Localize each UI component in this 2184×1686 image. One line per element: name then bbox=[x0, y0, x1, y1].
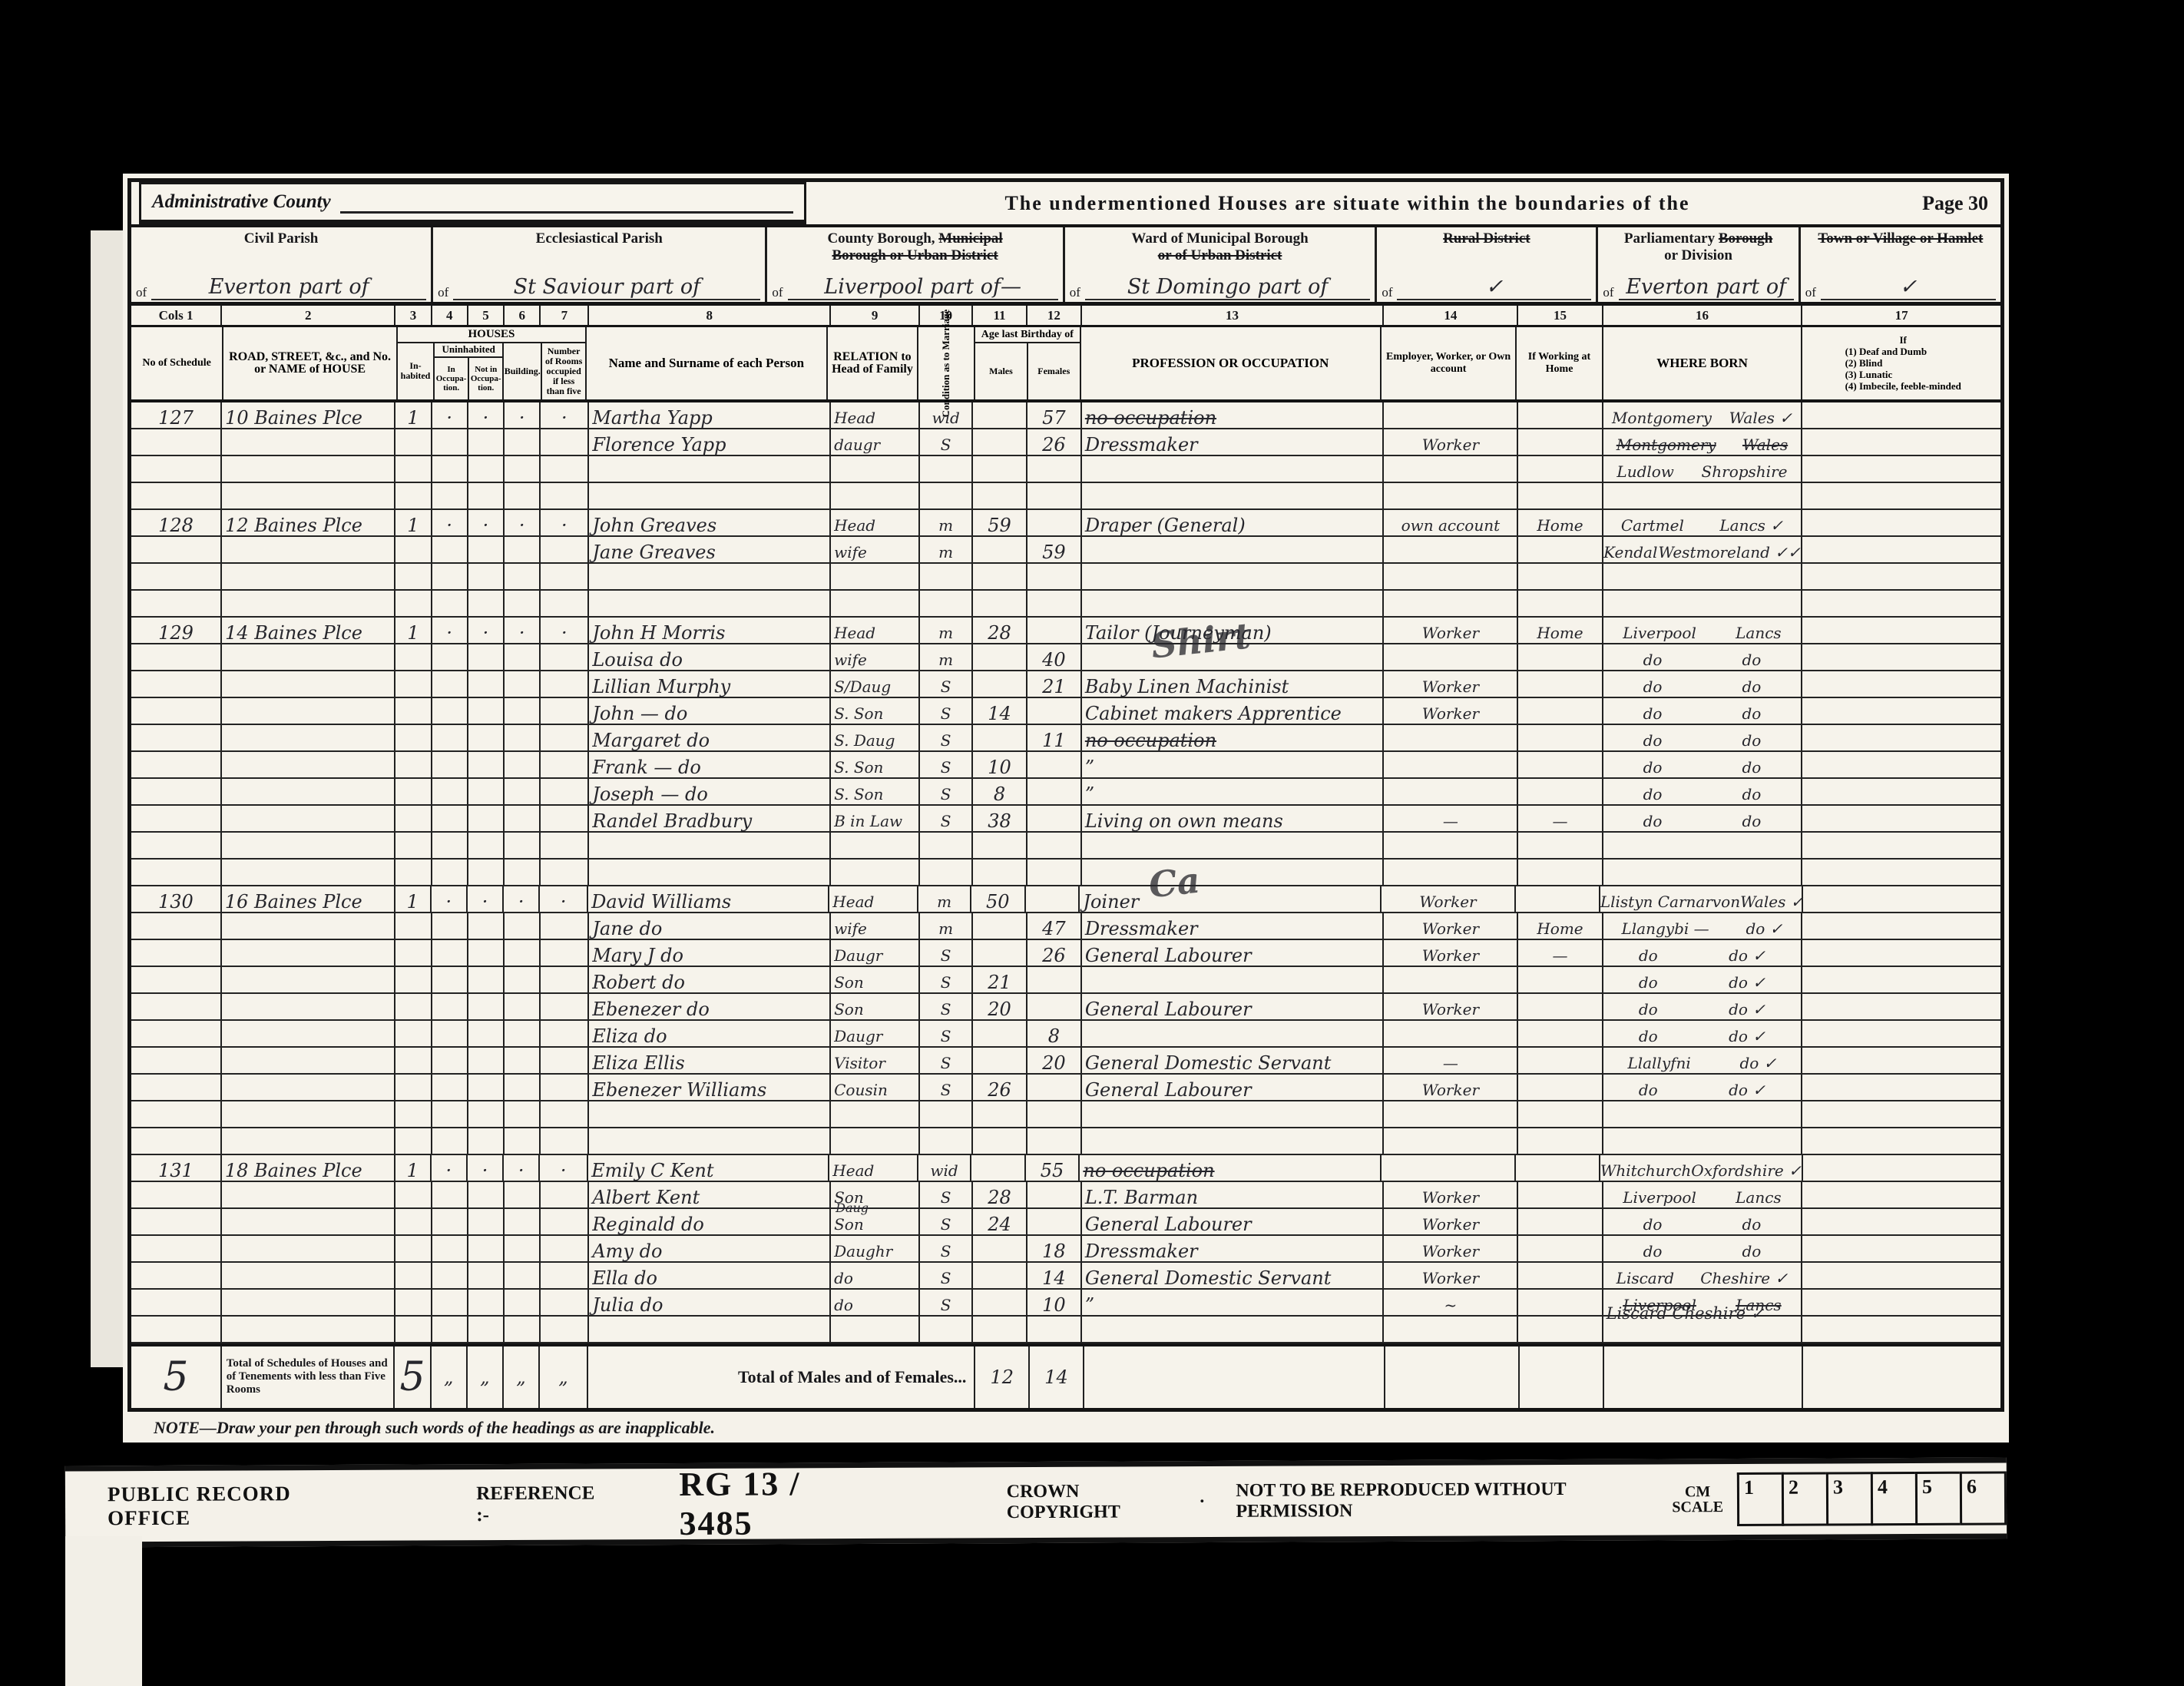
cell-relation-text: daugr bbox=[831, 435, 883, 455]
cell-condition: m bbox=[920, 537, 973, 562]
cell-occupation: JoinerCa bbox=[1080, 886, 1382, 912]
cell-employer: Worker bbox=[1384, 1075, 1518, 1100]
cell-inhabited: 1 bbox=[395, 402, 432, 428]
total-empty-infirmity bbox=[1803, 1346, 2000, 1408]
cell-age-male: 28 bbox=[973, 618, 1027, 643]
cell-home bbox=[1518, 1263, 1603, 1288]
cell-occupation-text: Tailor (Journeyman) bbox=[1082, 623, 1275, 643]
total-empty-employer bbox=[1385, 1346, 1520, 1408]
cell-age-female bbox=[1027, 1128, 1082, 1154]
cell-where-born: dodo ✓ bbox=[1603, 967, 1803, 992]
cell-relation-text: Head bbox=[831, 515, 879, 535]
cell-uninhabited-notocc bbox=[468, 752, 505, 777]
cell-age-male: 14 bbox=[973, 698, 1027, 724]
cell-uninhabited-occ bbox=[432, 456, 468, 482]
cell-inhabited bbox=[395, 1290, 432, 1315]
cell-rooms bbox=[541, 564, 589, 589]
table-row: Eliza EllisVisitorS20General Domestic Se… bbox=[131, 1048, 2000, 1075]
cell-address bbox=[222, 1263, 395, 1288]
cell-condition-text: S bbox=[938, 1241, 955, 1261]
cell-home bbox=[1518, 591, 1603, 616]
column-number: 11 bbox=[973, 306, 1027, 325]
cell-where-born: dodo bbox=[1603, 698, 1803, 724]
cell-condition bbox=[920, 591, 973, 616]
cell-occupation-text: L.T. Barman bbox=[1082, 1187, 1201, 1207]
cell-home bbox=[1518, 779, 1603, 804]
cell-born-part: do ✓ bbox=[1729, 1080, 1765, 1100]
cell-inhabited bbox=[395, 644, 432, 670]
district-handwritten-value: St Domingo part of bbox=[1085, 275, 1370, 300]
cell-occupation: Living on own means bbox=[1082, 806, 1384, 831]
cell-home bbox=[1518, 1101, 1603, 1127]
cell-condition: S bbox=[920, 1209, 973, 1234]
cell-rooms bbox=[541, 1263, 589, 1288]
cell-home bbox=[1518, 402, 1603, 428]
cell-name: John H Morris bbox=[589, 618, 831, 643]
cell-relation: Son bbox=[831, 994, 920, 1019]
cell-born-part: do bbox=[1643, 1214, 1663, 1234]
cell-inhabited bbox=[395, 967, 432, 992]
cell-occupation: Tailor (Journeyman) bbox=[1082, 618, 1384, 643]
cell-home bbox=[1518, 1075, 1603, 1100]
cell-occupation: Draper (General) bbox=[1082, 510, 1384, 535]
head-infirmity-item: (2) Blind bbox=[1845, 357, 1961, 369]
cell-where-born: dodo bbox=[1603, 671, 1803, 697]
table-row: Ebenezer WilliamsCousinS26General Labour… bbox=[131, 1075, 2000, 1101]
cell-occupation bbox=[1082, 1128, 1384, 1154]
cell-occupation-text: General Domestic Servant bbox=[1082, 1053, 1335, 1073]
cell-address bbox=[222, 1290, 395, 1315]
cell-infirmity bbox=[1802, 833, 2000, 858]
cell-age-male bbox=[973, 833, 1027, 858]
cell-schedule bbox=[131, 644, 222, 670]
cell-where-born: dodo ✓ bbox=[1603, 994, 1803, 1019]
cell-condition-text: S bbox=[938, 1295, 955, 1315]
cell-inhabited bbox=[395, 671, 432, 697]
district-value: ofLiverpool part of— bbox=[772, 267, 1057, 300]
cell-home bbox=[1518, 967, 1603, 992]
cell-name: Julia do bbox=[589, 1290, 831, 1315]
cell-age-female: 11 bbox=[1027, 725, 1082, 750]
cell-address-text: 18 Baines Plce bbox=[222, 1161, 366, 1181]
cell-inhabited-text: 1 bbox=[404, 623, 422, 643]
cell-occupation bbox=[1082, 1021, 1384, 1046]
cell-relation: wife bbox=[831, 644, 920, 670]
total-empty-occupation bbox=[1084, 1346, 1386, 1408]
cell-condition: wid bbox=[918, 1155, 971, 1181]
cell-age-male: 26 bbox=[973, 1075, 1027, 1100]
cell-occupation: Dressmaker bbox=[1082, 429, 1384, 455]
cell-name: Jane do bbox=[589, 913, 831, 939]
district-label: Civil Parish bbox=[136, 230, 426, 247]
cell-age-male-text: 59 bbox=[984, 515, 1014, 535]
cell-occupation bbox=[1082, 537, 1384, 562]
cell-infirmity bbox=[1802, 644, 2000, 670]
cell-home bbox=[1518, 1048, 1603, 1073]
cell-age-male bbox=[973, 1128, 1027, 1154]
cell-schedule: 129 bbox=[131, 618, 222, 643]
cell-schedule bbox=[131, 591, 222, 616]
cell-age-female-text: 8 bbox=[1045, 1026, 1063, 1046]
cell-rooms bbox=[541, 860, 589, 885]
cell-infirmity bbox=[1802, 1021, 2000, 1046]
cell-condition: m bbox=[918, 886, 971, 912]
cell-inhabited bbox=[395, 1317, 432, 1342]
cell-uninhabited-occ bbox=[432, 1290, 468, 1315]
cell-condition: S bbox=[920, 429, 973, 455]
district-handwritten-value: Everton part of bbox=[1619, 275, 1794, 300]
cell-relation-text: wife bbox=[831, 919, 870, 939]
cell-inhabited bbox=[395, 725, 432, 750]
cell-home bbox=[1516, 886, 1600, 912]
cell-name bbox=[589, 1101, 831, 1127]
cell-employer bbox=[1384, 1021, 1518, 1046]
cell-uninhabited-notocc-text: · bbox=[480, 623, 492, 643]
cell-infirmity bbox=[1802, 698, 2000, 724]
table-row: Amy doDaughrS18DressmakerWorkerdodo bbox=[131, 1236, 2000, 1263]
cell-age-male: 24 bbox=[973, 1209, 1027, 1234]
cell-home bbox=[1518, 671, 1603, 697]
cell-building bbox=[505, 537, 541, 562]
cell-condition-text: m bbox=[935, 623, 956, 643]
pro-reference-number: RG 13 / 3485 bbox=[679, 1464, 853, 1543]
cell-born-part: do ✓ bbox=[1729, 1026, 1765, 1046]
head-uninhabited-group: Uninhabited In Occupa-tion. Not in Occup… bbox=[435, 343, 504, 399]
cell-address: 16 Baines Plce bbox=[222, 886, 395, 912]
cell-age-female bbox=[1027, 860, 1082, 885]
cell-born-part: do ✓ bbox=[1729, 999, 1765, 1019]
cell-relation: Daugr bbox=[831, 1021, 920, 1046]
total-females-value: 14 bbox=[1044, 1367, 1068, 1387]
table-row bbox=[131, 1101, 2000, 1128]
cell-address bbox=[222, 1021, 395, 1046]
cell-building: · bbox=[504, 886, 540, 912]
cell-infirmity bbox=[1802, 1263, 2000, 1288]
cell-name bbox=[589, 564, 831, 589]
cell-address: 12 Baines Plce bbox=[222, 510, 395, 535]
cell-where-born: MontgomeryWales ✓ bbox=[1603, 402, 1803, 428]
cell-rooms bbox=[541, 591, 589, 616]
cell-condition-text: S bbox=[938, 784, 955, 804]
cell-born-part: do bbox=[1643, 784, 1663, 804]
head-males: Males bbox=[975, 343, 1028, 399]
cell-inhabited bbox=[395, 860, 432, 885]
cell-name-text: Emily C Kent bbox=[588, 1161, 716, 1181]
pro-permission: NOT TO BE REPRODUCED WITHOUT PERMISSION bbox=[1236, 1479, 1618, 1522]
cell-employer: Worker bbox=[1382, 886, 1516, 912]
cell-home: Home bbox=[1518, 618, 1603, 643]
cell-schedule bbox=[131, 429, 222, 455]
cell-born-part: do bbox=[1643, 704, 1663, 724]
cell-uninhabited-notocc bbox=[468, 967, 505, 992]
cell-home bbox=[1518, 1236, 1603, 1261]
column-number: Cols 1 bbox=[131, 306, 222, 325]
column-number: 5 bbox=[468, 306, 505, 325]
cell-occupation-text: General Labourer bbox=[1082, 1214, 1255, 1234]
cell-rooms bbox=[541, 994, 589, 1019]
district-handwritten-value: St Saviour part of bbox=[453, 275, 760, 300]
cell-age-male bbox=[973, 1317, 1027, 1342]
cell-employer-text: Worker bbox=[1419, 919, 1482, 939]
cell-occupation-text: ” bbox=[1082, 757, 1097, 777]
cell-born-part: Wales ✓ bbox=[1729, 408, 1792, 428]
cell-condition: S bbox=[920, 1182, 973, 1207]
cell-inhabited-text: 1 bbox=[404, 892, 422, 912]
head-uninhabited: Uninhabited bbox=[435, 343, 502, 358]
cell-where-born: dodo bbox=[1603, 752, 1803, 777]
table-row: Eliza doDaugrS8dodo ✓ bbox=[131, 1021, 2000, 1048]
cell-rooms-text: · bbox=[558, 515, 571, 535]
cell-age-male: 21 bbox=[973, 967, 1027, 992]
cell-condition bbox=[920, 483, 973, 508]
cell-uninhabited-notocc: · bbox=[468, 886, 504, 912]
cell-age-female: 21 bbox=[1027, 671, 1082, 697]
cell-born-part: Cheshire ✓ bbox=[1700, 1268, 1788, 1288]
cell-where-born: dodo bbox=[1603, 725, 1803, 750]
cell-uninhabited-notocc bbox=[468, 591, 505, 616]
cell-condition-text: S bbox=[938, 757, 955, 777]
total-ditto: „ bbox=[432, 1346, 468, 1408]
cell-building: · bbox=[505, 618, 541, 643]
cell-schedule bbox=[131, 1236, 222, 1261]
cell-infirmity bbox=[1802, 537, 2000, 562]
district-cell: Civil ParishofEverton part of bbox=[131, 227, 433, 302]
cell-name: Ella do bbox=[589, 1263, 831, 1288]
cell-condition: S bbox=[920, 940, 973, 966]
cell-relation: wife bbox=[831, 537, 920, 562]
cell-occupation-text: Dressmaker bbox=[1082, 435, 1201, 455]
cell-home bbox=[1518, 1209, 1603, 1234]
cell-building: · bbox=[504, 1155, 540, 1181]
cell-employer: Worker bbox=[1384, 1263, 1518, 1288]
head-infirmity-item: (4) Imbecile, feeble-minded bbox=[1845, 380, 1961, 392]
cell-relation bbox=[831, 483, 920, 508]
cell-infirmity bbox=[1802, 671, 2000, 697]
cell-rooms bbox=[541, 1317, 589, 1342]
cell-uninhabited-occ bbox=[432, 860, 468, 885]
cell-born-part: do bbox=[1643, 677, 1663, 697]
cell-infirmity bbox=[1802, 940, 2000, 966]
cell-uninhabited-notocc bbox=[468, 429, 505, 455]
column-number: 17 bbox=[1802, 306, 2000, 325]
cell-born-part: Liscard bbox=[1616, 1268, 1674, 1288]
head-employer: Employer, Worker, or Own account bbox=[1382, 327, 1517, 399]
cell-occupation-text: Living on own means bbox=[1082, 811, 1286, 831]
cell-uninhabited-notocc bbox=[468, 779, 505, 804]
cell-where-born: dodo ✓ bbox=[1603, 1021, 1803, 1046]
cell-schedule bbox=[131, 913, 222, 939]
district-cell: Ecclesiastical ParishofSt Saviour part o… bbox=[433, 227, 767, 302]
cell-uninhabited-notocc bbox=[468, 1263, 505, 1288]
head-houses-group: HOUSES In-habited Uninhabited In Occupa-… bbox=[398, 327, 587, 399]
cell-infirmity bbox=[1802, 1317, 2000, 1342]
cell-uninhabited-notocc bbox=[468, 1290, 505, 1315]
cell-relation bbox=[831, 833, 920, 858]
cell-condition bbox=[920, 1317, 973, 1342]
cell-born-part: do bbox=[1742, 757, 1761, 777]
pro-office-label: PUBLIC RECORD OFFICE bbox=[108, 1482, 339, 1530]
table-row: Ella dodoS14General Domestic ServantWork… bbox=[131, 1263, 2000, 1290]
cell-condition: S bbox=[920, 806, 973, 831]
cell-uninhabited-notocc bbox=[468, 913, 505, 939]
cell-schedule bbox=[131, 1048, 222, 1073]
cell-employer: Worker bbox=[1384, 1209, 1518, 1234]
cell-building bbox=[505, 940, 541, 966]
cell-condition-text: m bbox=[935, 650, 956, 670]
cell-address-text: 16 Baines Plce bbox=[222, 892, 366, 912]
cell-condition-text: m bbox=[935, 542, 956, 562]
cell-relation: do bbox=[831, 1290, 920, 1315]
cell-where-born: dodo bbox=[1603, 1209, 1803, 1234]
total-ditto-mark: „ bbox=[516, 1367, 525, 1387]
cell-occupation: ” bbox=[1082, 779, 1384, 804]
cell-relation: wife bbox=[831, 913, 920, 939]
cell-condition-text: S bbox=[938, 1187, 955, 1207]
cell-schedule bbox=[131, 1101, 222, 1127]
cell-uninhabited-notocc-text: · bbox=[479, 1161, 491, 1181]
cell-employer-text: own account bbox=[1398, 515, 1504, 535]
cell-relation-text: do bbox=[831, 1268, 856, 1288]
total-empty-born bbox=[1604, 1346, 1803, 1408]
cell-schedule bbox=[131, 752, 222, 777]
cell-age-male bbox=[973, 1021, 1027, 1046]
district-cell: Town or Village or Hamletof✓ bbox=[1801, 227, 2000, 302]
column-header-row: No of Schedule ROAD, STREET, &c., and No… bbox=[131, 327, 2000, 402]
cell-employer: Worker bbox=[1384, 994, 1518, 1019]
cell-infirmity bbox=[1802, 806, 2000, 831]
cell-employer-text: Worker bbox=[1419, 677, 1482, 697]
cell-uninhabited-occ-text: · bbox=[443, 892, 455, 912]
cell-relation: Head bbox=[831, 510, 920, 535]
head-age: Age last Birthday of bbox=[975, 327, 1080, 343]
column-number: 13 bbox=[1082, 306, 1384, 325]
cell-infirmity bbox=[1802, 1048, 2000, 1073]
cell-age-female bbox=[1027, 1101, 1082, 1127]
cell-employer-text: Worker bbox=[1419, 704, 1482, 724]
cell-where-born: dodo bbox=[1603, 806, 1803, 831]
cell-age-female-text: 57 bbox=[1039, 408, 1069, 428]
cell-inhabited bbox=[395, 806, 432, 831]
cell-age-female bbox=[1027, 967, 1082, 992]
cell-building bbox=[505, 725, 541, 750]
cell-address bbox=[222, 564, 395, 589]
cell-rooms bbox=[541, 698, 589, 724]
cell-age-female-text: 26 bbox=[1039, 435, 1069, 455]
cell-age-male-text: 50 bbox=[983, 892, 1013, 912]
cell-building bbox=[505, 1317, 541, 1342]
pro-reference-label: REFERENCE :- bbox=[476, 1483, 594, 1527]
cell-inhabited bbox=[395, 1128, 432, 1154]
cell-building-text: · bbox=[516, 623, 528, 643]
cell-infirmity bbox=[1802, 779, 2000, 804]
cell-employer bbox=[1384, 537, 1518, 562]
cell-building bbox=[505, 1021, 541, 1046]
cell-relation-text: Daughr bbox=[831, 1241, 895, 1261]
cell-age-male: 59 bbox=[973, 510, 1027, 535]
cell-building bbox=[505, 456, 541, 482]
cell-name-text: David Williams bbox=[588, 892, 734, 912]
table-row: 13118 Baines Plce1····Emily C KentHeadwi… bbox=[131, 1155, 2000, 1182]
cell-name: Amy do bbox=[589, 1236, 831, 1261]
total-ditto-mark: „ bbox=[444, 1367, 453, 1387]
cell-infirmity bbox=[1803, 886, 2000, 912]
cell-schedule bbox=[131, 1075, 222, 1100]
total-ditto: „ bbox=[504, 1346, 540, 1408]
cm-scale-box: 1 bbox=[1737, 1472, 1782, 1526]
cell-age-female bbox=[1027, 1075, 1082, 1100]
cell-inhabited bbox=[395, 833, 432, 858]
cell-rooms-text: · bbox=[558, 892, 570, 912]
cell-age-male-text: 20 bbox=[984, 999, 1014, 1019]
cell-where-born bbox=[1603, 1317, 1803, 1342]
cell-employer: own account bbox=[1384, 510, 1518, 535]
cell-infirmity bbox=[1802, 402, 2000, 428]
totals-row: 5Total of Schedules of Houses and of Ten… bbox=[131, 1343, 2000, 1408]
cell-uninhabited-notocc bbox=[468, 1317, 505, 1342]
cell-address bbox=[222, 1048, 395, 1073]
head-infirmity-item: (3) Lunatic bbox=[1845, 369, 1961, 380]
total-label: Total of Schedules of Houses and of Tene… bbox=[222, 1346, 395, 1408]
cell-address-text: 10 Baines Plce bbox=[222, 408, 366, 428]
cell-uninhabited-notocc bbox=[468, 940, 505, 966]
cell-uninhabited-occ bbox=[432, 1075, 468, 1100]
cell-schedule-text: 131 bbox=[155, 1161, 197, 1181]
cell-inhabited bbox=[395, 779, 432, 804]
total-inhabited: 5 bbox=[395, 1346, 431, 1408]
cell-age-male bbox=[973, 644, 1027, 670]
cell-name-text: Lillian Murphy bbox=[589, 677, 733, 697]
cell-occupation: ” bbox=[1082, 1290, 1384, 1315]
cell-where-born bbox=[1603, 860, 1803, 885]
cell-inhabited-text: 1 bbox=[404, 515, 422, 535]
cell-uninhabited-occ bbox=[432, 698, 468, 724]
table-row bbox=[131, 860, 2000, 886]
cell-inhabited bbox=[395, 913, 432, 939]
table-row: 12812 Baines Plce1····John GreavesHeadm5… bbox=[131, 510, 2000, 537]
cell-age-female bbox=[1027, 779, 1082, 804]
cell-occupation-text: General Labourer bbox=[1082, 999, 1255, 1019]
sheet-title: The undermentioned Houses are situate wi… bbox=[806, 192, 1888, 215]
cell-employer: — bbox=[1384, 1048, 1518, 1073]
cell-address bbox=[222, 1075, 395, 1100]
cell-building bbox=[505, 1290, 541, 1315]
head-in-occupation: In Occupa-tion. bbox=[435, 358, 469, 399]
cell-employer: — bbox=[1384, 806, 1518, 831]
cell-name: Frank — do bbox=[589, 752, 831, 777]
cell-rooms bbox=[541, 1048, 589, 1073]
cell-name: Florence Yapp bbox=[589, 429, 831, 455]
cell-name-text: Albert Kent bbox=[589, 1187, 703, 1207]
cell-relation: S. Daug bbox=[831, 725, 920, 750]
cell-uninhabited-notocc bbox=[468, 1236, 505, 1261]
cell-occupation: Dressmaker bbox=[1082, 1236, 1384, 1261]
cell-rooms bbox=[541, 1236, 589, 1261]
cell-address bbox=[222, 806, 395, 831]
district-handwritten-value: Everton part of bbox=[151, 275, 426, 300]
cell-home bbox=[1518, 483, 1603, 508]
cell-inhabited bbox=[395, 1236, 432, 1261]
cell-home bbox=[1518, 456, 1603, 482]
cell-home bbox=[1518, 1021, 1603, 1046]
cell-rooms: · bbox=[540, 1155, 588, 1181]
cell-rooms: · bbox=[541, 402, 589, 428]
cell-name-text: Julia do bbox=[589, 1295, 666, 1315]
cell-schedule bbox=[131, 994, 222, 1019]
cell-address-text: 12 Baines Plce bbox=[222, 515, 366, 535]
cell-schedule bbox=[131, 1128, 222, 1154]
cell-uninhabited-notocc-text: · bbox=[480, 408, 492, 428]
cell-address bbox=[222, 940, 395, 966]
